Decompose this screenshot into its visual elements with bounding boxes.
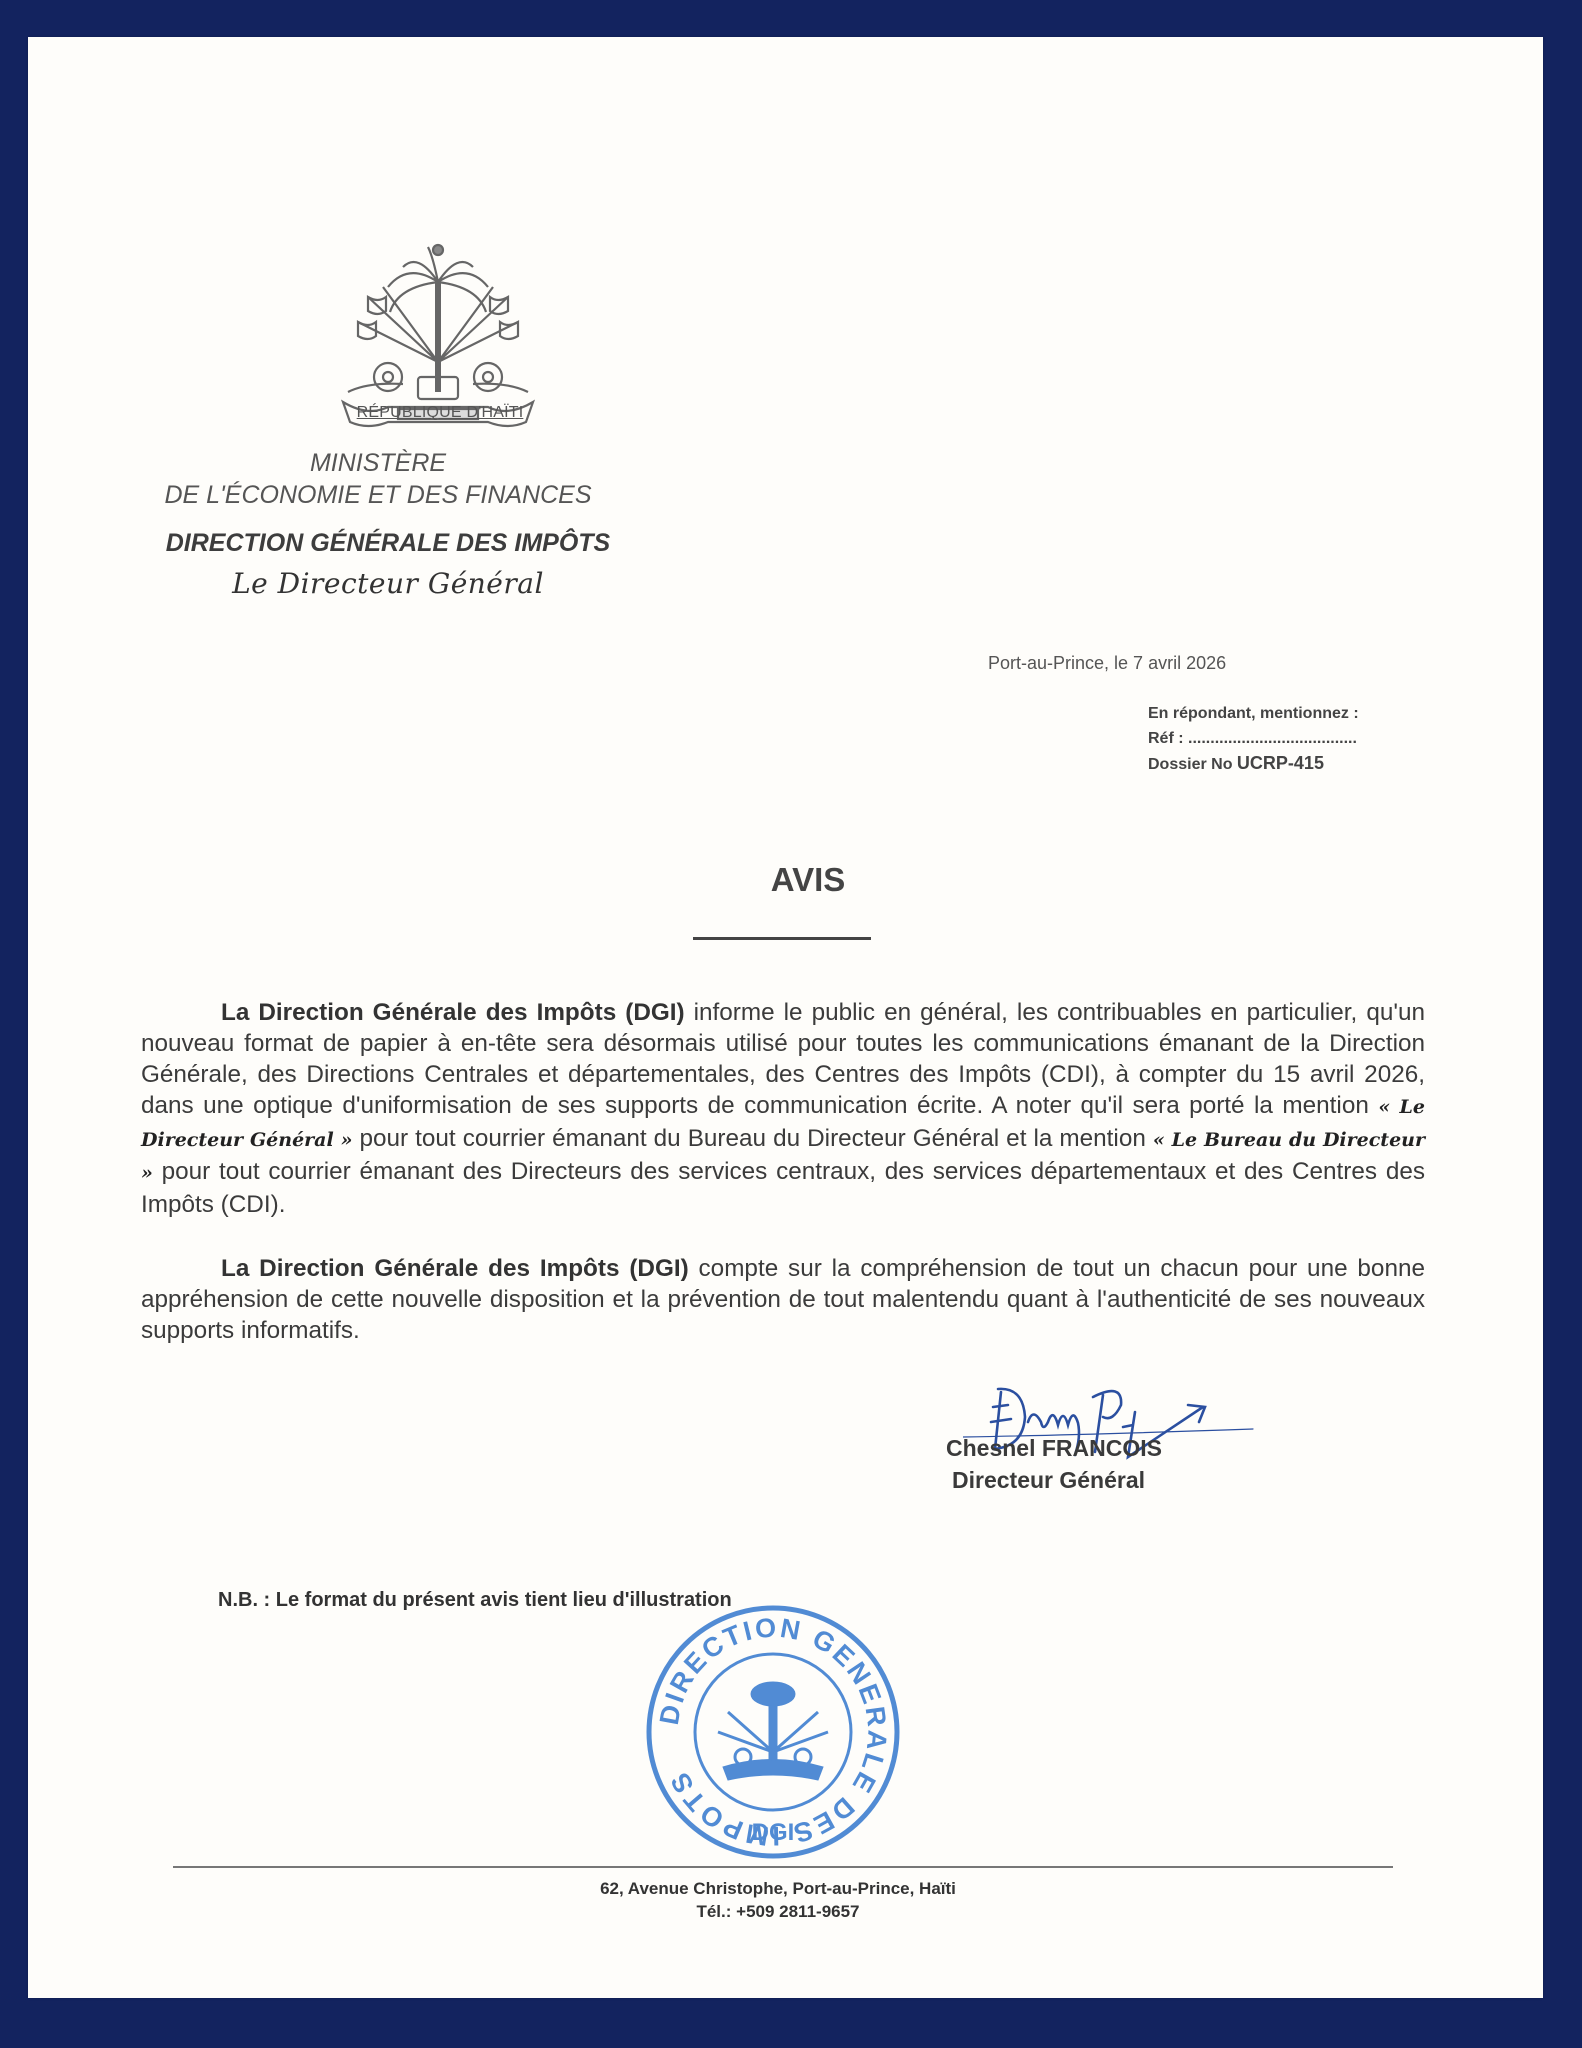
footer-contact: 62, Avenue Christophe, Port-au-Prince, H… [428,1877,1128,1923]
paragraph-1-text-3: pour tout courrier émanant des Directeur… [141,1158,1425,1218]
ref-line: Réf : ..................................… [1148,726,1359,751]
place-and-date: Port-au-Prince, le 7 avril 2026 [988,653,1226,674]
footer-divider [173,1866,1393,1868]
document-page: RÉPUBLIQUE D'HAÏTI MINISTÈRE DE L'ÉCONOM… [28,37,1543,1998]
paragraph-2-lead: La Direction Générale des Impôts (DGI) [221,1255,689,1282]
republic-label: RÉPUBLIQUE D'HAÏTI [290,404,590,422]
dossier-number: UCRP-415 [1237,753,1324,773]
dossier-line: Dossier No UCRP-415 [1148,751,1359,777]
ministry-name: MINISTÈRE DE L'ÉCONOMIE ET DES FINANCES [128,447,628,511]
office-script-label: Le Directeur Général [148,567,628,600]
ref-value: ...................................... [1188,730,1357,747]
paragraph-1: La Direction Générale des Impôts (DGI) i… [141,997,1425,1220]
footer-phone: Tél.: +509 2811-9657 [428,1900,1128,1923]
signer-title: Directeur Général [952,1467,1145,1494]
ministry-line-2: DE L'ÉCONOMIE ET DES FINANCES [128,479,628,511]
svg-text:DGI: DGI [752,1819,795,1846]
footer-address: 62, Avenue Christophe, Port-au-Prince, H… [428,1877,1128,1900]
paragraph-1-text-2: pour tout courrier émanant du Bureau du … [352,1125,1152,1152]
ministry-line-1: MINISTÈRE [128,447,628,479]
paragraph-1-lead: La Direction Générale des Impôts (DGI) [221,999,685,1026]
directorate-name: DIRECTION GÉNÉRALE DES IMPÔTS [108,529,668,558]
document-title: AVIS [628,861,988,899]
ref-label: Réf : [1148,730,1184,747]
signer-name: Chesnel FRANCOIS [946,1435,1162,1462]
dgi-official-stamp-icon: DIRECTION GENERALE DES IMPOTS DGI [643,1602,903,1862]
paragraph-2: La Direction Générale des Impôts (DGI) c… [141,1253,1425,1346]
reply-instruction: En répondant, mentionnez : [1148,701,1359,726]
dossier-label: Dossier No [1148,756,1232,773]
reference-block: En répondant, mentionnez : Réf : .......… [1148,701,1359,777]
title-underline [693,937,871,940]
